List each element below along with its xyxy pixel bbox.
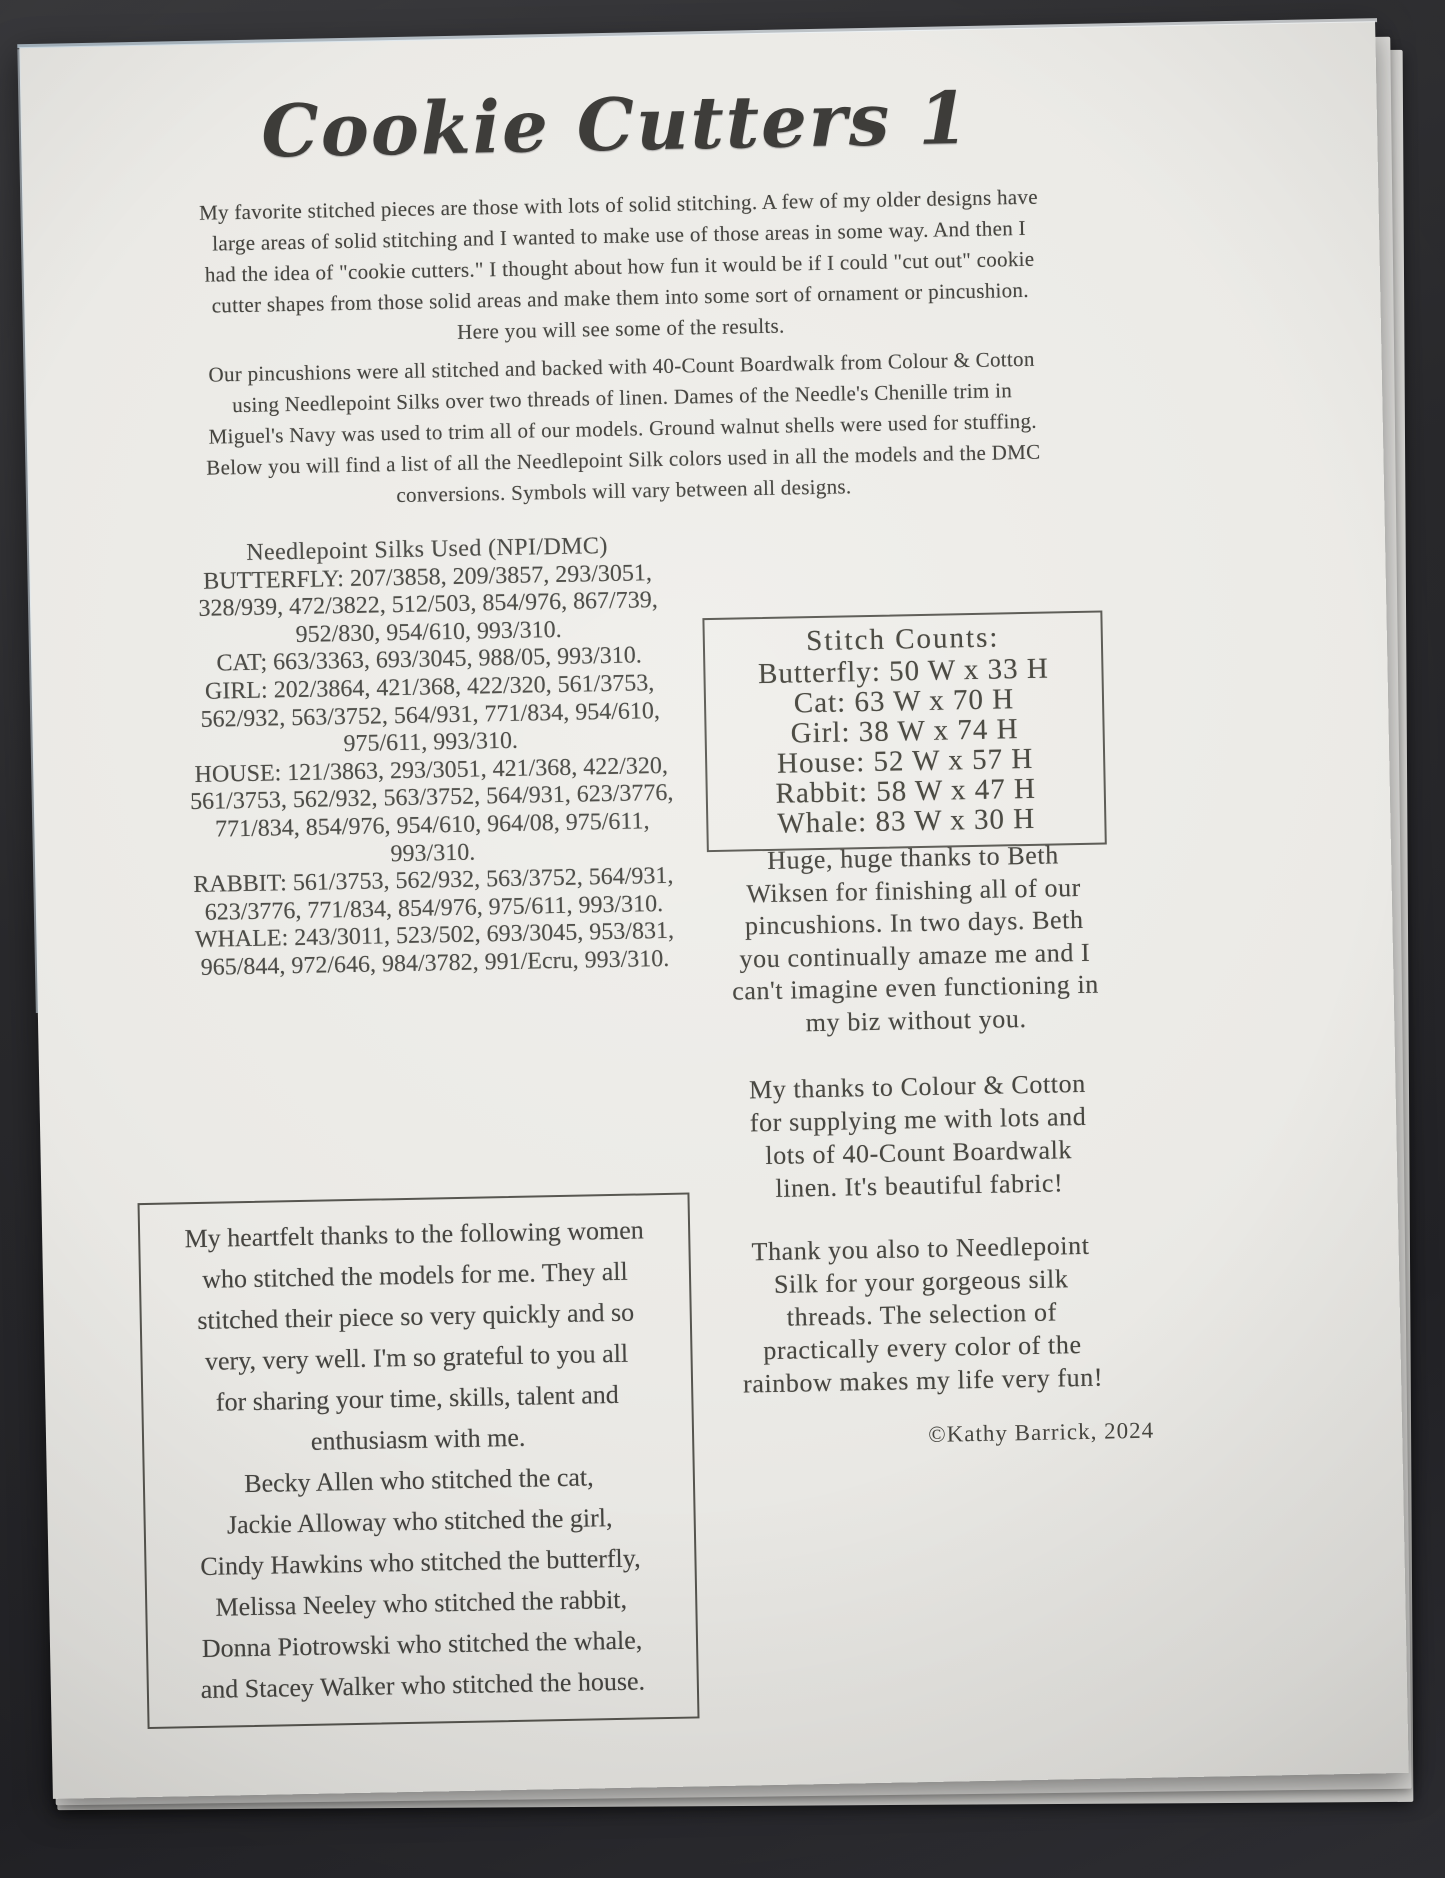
page-title: Cookie Cutters 1 [20, 70, 1211, 178]
silk-entry-girl: GIRL: 202/3864, 421/368, 422/320, 561/37… [83, 668, 776, 764]
intro-paragraph-1: My favorite stitched pieces are those wi… [94, 180, 1145, 355]
stitchers-thanks-box: My heartfelt thanks to the following wom… [138, 1193, 700, 1730]
thanks-finisher-paragraph: Huge, huge thanks to Beth Wiksen for fin… [675, 838, 1155, 1042]
photo-backdrop: Cookie Cutters 1 My favorite stitched pi… [0, 0, 1445, 1878]
silk-entry-butterfly: BUTTERFLY: 207/3858, 209/3857, 293/3051,… [81, 557, 774, 653]
pattern-page: Cookie Cutters 1 My favorite stitched pi… [19, 21, 1408, 1799]
stitch-count-whale: Whale: 83 W x 30 H [714, 803, 1099, 840]
intro-paragraph-2: Our pincushions were all stitched and ba… [97, 342, 1148, 517]
thanks-fabric-paragraph: My thanks to Colour & Cotton for supplyi… [679, 1066, 1157, 1207]
stitch-counts-box: Stitch Counts: Butterfly: 50 W x 33 H Ca… [702, 610, 1106, 852]
copyright-line: ©Kathy Barrick, 2024 [686, 1418, 1154, 1453]
thanks-threads-paragraph: Thank you also to Needlepoint Silk for y… [682, 1228, 1161, 1402]
